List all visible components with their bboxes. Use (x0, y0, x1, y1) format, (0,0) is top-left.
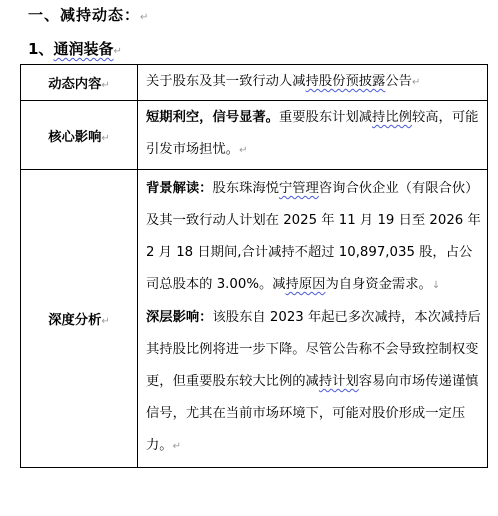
content-text: 股东珠海悦 (212, 181, 278, 196)
deep-impact-paragraph: 深层影响：该股东自 2023 年起已多次减持，本次减持后其持股比例将进一步下降。… (146, 302, 481, 463)
row-content-cell[interactable]: 背景解读：股东珠海悦宁管理咨询合伙企业（有限合伙）及其一致行动人计划在 2025… (138, 170, 488, 468)
row-content-cell[interactable]: 短期利空，信号显著。重要股东计划减持比例较高，可能引发市场担忧。↵ (138, 101, 488, 170)
paragraph-mark-icon: ↵ (101, 133, 109, 144)
dynamics-table: 动态内容↵ 关于股东及其一致行动人减持股份预披露公告↵ 核心影响↵ 短期利空，信… (20, 64, 488, 468)
subsection-number: 1、 (28, 40, 53, 58)
content-text: 为自身资金需求。 (325, 277, 431, 292)
table-row-content: 动态内容↵ 关于股东及其一致行动人减持股份预披露公告↵ (21, 65, 488, 101)
table-row-impact: 核心影响↵ 短期利空，信号显著。重要股东计划减持比例较高，可能引发市场担忧。↵ (21, 101, 488, 170)
content-text: 重要股东计划减 (279, 110, 372, 125)
background-label: 背景解读： (146, 181, 212, 196)
table-row-analysis: 深度分析↵ 背景解读：股东珠海悦宁管理咨询合伙企业（有限合伙）及其一致行动人计划… (21, 170, 488, 468)
paragraph-mark-icon: ↵ (113, 46, 121, 57)
paragraph-mark-icon: ↵ (412, 77, 420, 88)
deep-impact-label: 深层影响： (146, 310, 212, 325)
paragraph-mark-icon: ↵ (140, 12, 149, 23)
row-label: 深度分析 (48, 313, 101, 328)
content-text: 公告 (385, 74, 412, 89)
row-label: 动态内容 (48, 77, 101, 92)
company-name[interactable]: 通润装备 (53, 40, 113, 58)
paragraph-mark-icon: ↵ (101, 316, 109, 327)
spellcheck-flagged-text[interactable]: 持股份预披露 (306, 74, 386, 89)
row-content-cell[interactable]: 关于股东及其一致行动人减持股份预披露公告↵ (138, 65, 488, 101)
impact-summary: 短期利空，信号显著。 (146, 110, 279, 125)
content-text: 咨询合伙企业（有限合伙）及其一致行动人计划在 2025 年 11 月 19 日至… (146, 181, 481, 292)
spellcheck-flagged-text[interactable]: 宁管理 (279, 181, 319, 196)
section-heading-text: 一、减持动态： (28, 6, 140, 24)
section-heading: 一、减持动态：↵ (28, 4, 149, 25)
spellcheck-flagged-text[interactable]: 持原因 (286, 277, 326, 292)
spellcheck-flagged-text[interactable]: 持比例 (372, 110, 412, 125)
row-label: 核心影响 (48, 130, 101, 145)
row-label-cell[interactable]: 深度分析↵ (21, 170, 138, 468)
background-paragraph: 背景解读：股东珠海悦宁管理咨询合伙企业（有限合伙）及其一致行动人计划在 2025… (146, 173, 481, 302)
paragraph-mark-icon: ↵ (173, 441, 181, 452)
subsection-heading: 1、通润装备↵ (28, 38, 122, 59)
row-label-cell[interactable]: 核心影响↵ (21, 101, 138, 170)
spellcheck-flagged-text[interactable]: 持计划 (319, 374, 359, 389)
line-break-mark-icon: ↓ (432, 280, 440, 291)
paragraph-mark-icon: ↵ (239, 145, 247, 156)
content-text: 关于股东及其一致行动人减 (146, 74, 306, 89)
paragraph-mark-icon: ↵ (101, 80, 109, 91)
row-label-cell[interactable]: 动态内容↵ (21, 65, 138, 101)
